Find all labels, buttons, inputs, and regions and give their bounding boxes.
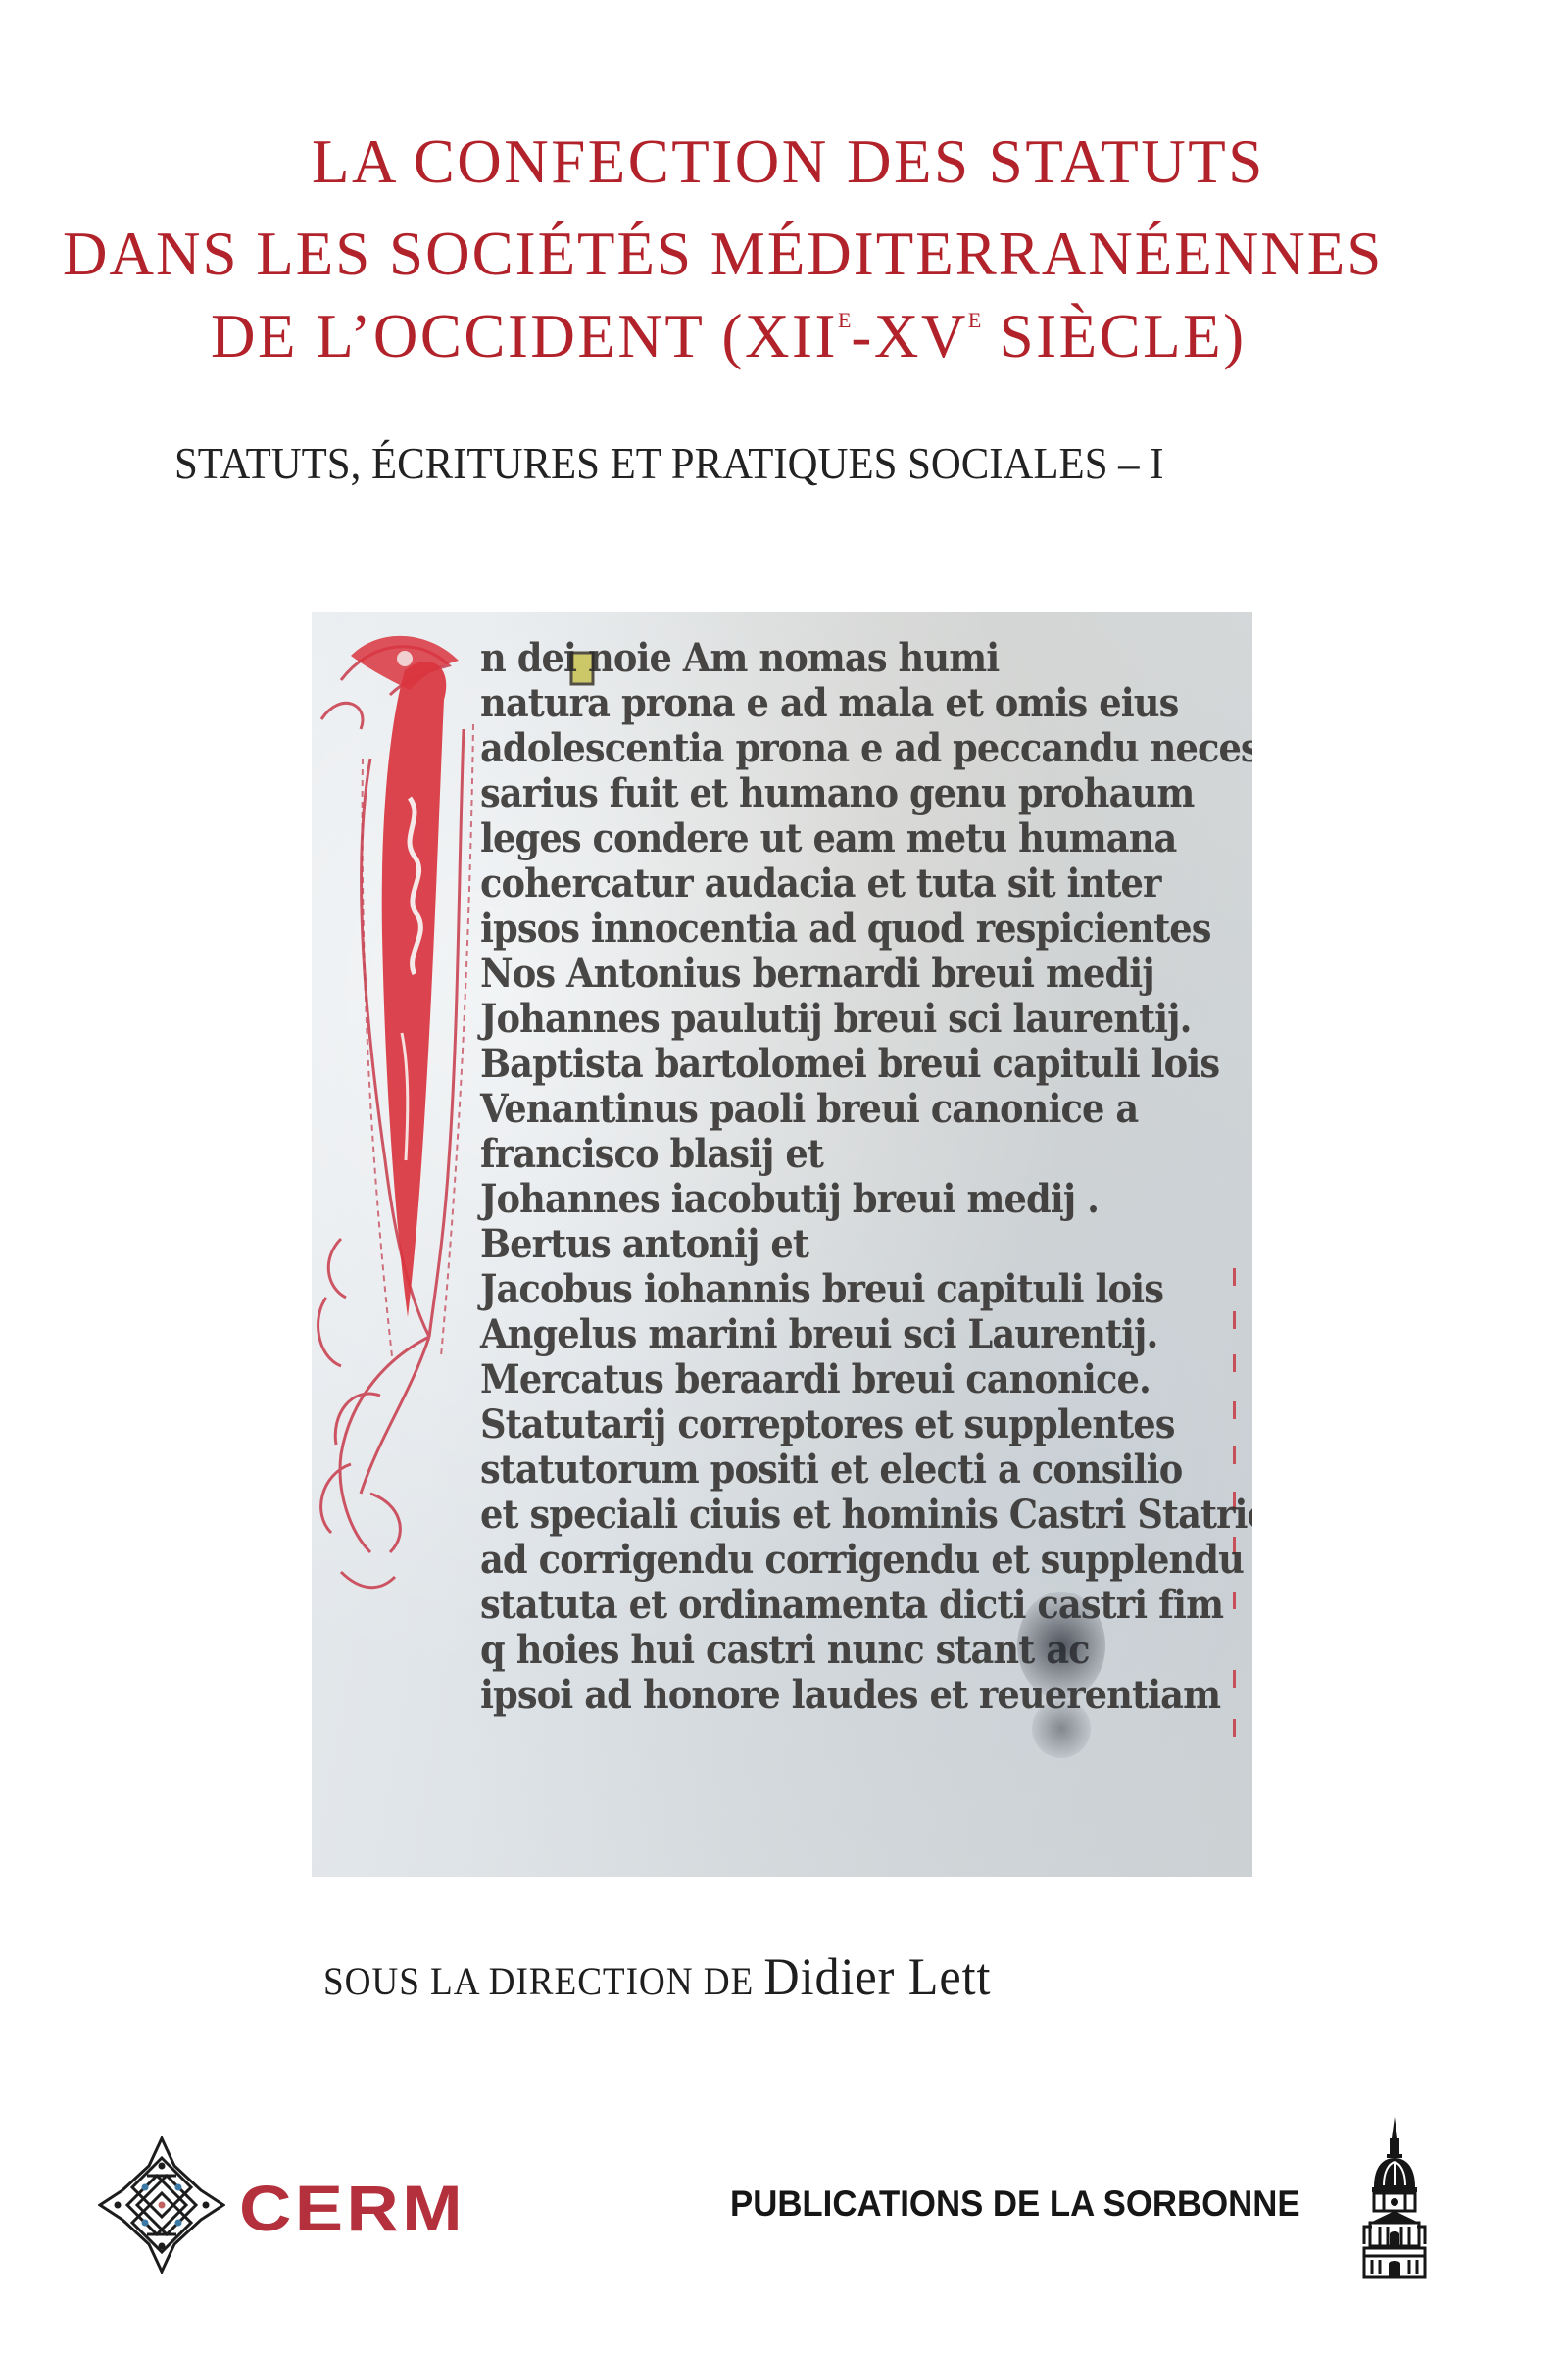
manuscript-line: Mercatus beraardi breui canonice. [480, 1356, 1151, 1402]
celtic-knot-icon [98, 2136, 225, 2274]
manuscript-line: n dei noie Am nomas humi [480, 635, 999, 681]
manuscript-line: Statutarij correptores et supplentes [480, 1401, 1175, 1447]
title-line-3-suffix: siècle) [981, 302, 1246, 370]
title-line-1: La confection des statuts [312, 131, 1265, 193]
editor-last-name: Lett [908, 1947, 992, 2006]
manuscript-line: Johannes iacobutij breui medij . [480, 1176, 1099, 1222]
ink-stain [1032, 1699, 1091, 1758]
manuscript-line: adolescentia prona e ad peccandu necess [480, 725, 1252, 771]
manuscript-line: Angelus marini breui sci Laurentij. [480, 1311, 1157, 1357]
editor-first-name: Didier [763, 1947, 895, 2006]
manuscript-line: natura prona e ad mala et omis eius [480, 680, 1178, 726]
editor-prefix: sous la direction de [323, 1959, 763, 2003]
manuscript-line: Nos Antonius bernardi breui medij [480, 951, 1154, 997]
century-end-sup: e [968, 300, 981, 334]
manuscript-line: ad corrigendu corrigendu et supplendu [480, 1537, 1244, 1583]
manuscript-line: leges condere ut eam metu humana [480, 815, 1176, 861]
century-end: XV [874, 302, 968, 370]
title-line-2: dans les sociétés méditerranéennes [63, 223, 1383, 285]
sorbonne-wordmark: PUBLICATIONS DE LA SORBONNE [730, 2185, 1300, 2222]
manuscript-line: statutorum positi et electi a consilio [480, 1446, 1182, 1493]
manuscript-line: Baptista bartolomei breui capituli lois [480, 1041, 1219, 1087]
manuscript-line: ipsoi ad honore laudes et reuerentiam [480, 1672, 1220, 1718]
editor-name-space [895, 1947, 907, 2006]
title-line-3: de l’Occident (XIIe-XVe siècle) [211, 302, 1247, 368]
editor-line: sous la direction de Didier Lett [323, 1950, 1180, 2003]
title-line-3-prefix: de l’Occident ( [211, 302, 745, 370]
manuscript-line: sarius fuit et humano genu prohaum [480, 770, 1194, 816]
manuscript-line: q hoies hui castri nunc stant ac [480, 1627, 1090, 1673]
cerm-wordmark: CERM [239, 2176, 465, 2240]
manuscript-line: statuta et ordinamenta dicti castri fim [480, 1582, 1223, 1628]
manuscript-line: ipsos innocentia ad quod respicientes [480, 906, 1211, 952]
century-start-sup: e [838, 300, 851, 334]
cover-manuscript-image: n dei noie Am nomas humi natura prona e … [312, 612, 1252, 1877]
manuscript-line: Venantinus paoli breui canonice a [480, 1086, 1138, 1132]
manuscript-line: Johannes paulutij breui sci laurentij. [480, 996, 1191, 1042]
manuscript-line: et speciali ciuis et hominis Castri Stat… [480, 1492, 1252, 1538]
sorbonne-building-icon [1362, 2117, 1427, 2279]
manuscript-line: Bertus antonij et [480, 1221, 808, 1267]
series-subtitle: STATUTS, ÉCRITURES ET PRATIQUES SOCIALES… [174, 441, 1304, 486]
manuscript-line: francisco blasij et [480, 1131, 823, 1177]
manuscript-line: cohercatur audacia et tuta sit inter [480, 860, 1160, 907]
manuscript-line: Jacobus iohannis breui capituli lois [480, 1266, 1163, 1312]
century-dash: - [851, 302, 873, 370]
ink-stain [1017, 1592, 1105, 1699]
century-start: XII [745, 302, 838, 370]
